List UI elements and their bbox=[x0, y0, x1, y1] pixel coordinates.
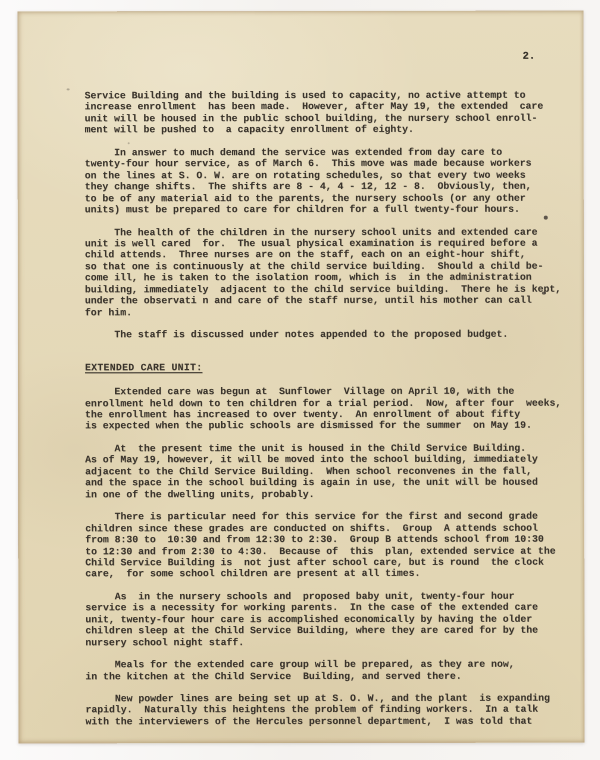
ink-speck bbox=[542, 292, 546, 295]
ink-speck bbox=[128, 142, 130, 144]
scanned-document-page: 2. Service Building and the building is … bbox=[17, 11, 584, 744]
paragraph-powder-lines: New powder lines are being set up at S. … bbox=[85, 693, 570, 728]
paragraph-meals: Meals for the extended care group will b… bbox=[85, 659, 570, 683]
paragraph-staff-budget-note: The staff is discussed under notes appen… bbox=[85, 329, 570, 341]
paragraph-school-shift-schedule: There is particular need for this servic… bbox=[85, 511, 570, 580]
paragraph-twenty-four-hour-service: In answer to much demand the service was… bbox=[85, 146, 570, 215]
paragraph-health-of-children: The health of the children in the nurser… bbox=[85, 226, 570, 318]
ink-speck bbox=[544, 216, 548, 220]
ink-speck bbox=[67, 88, 70, 90]
paragraph-capacity-continuation: Service Building and the building is use… bbox=[85, 90, 570, 136]
section-heading-extended-care-unit: EXTENDED CARE UNIT: bbox=[85, 361, 570, 373]
page-number: 2. bbox=[523, 51, 536, 63]
paragraph-present-housing: At the present time the unit is housed i… bbox=[85, 442, 570, 500]
document-body: Service Building and the building is use… bbox=[85, 90, 571, 739]
paragraph-overnight-care: As in the nursery schools and proposed b… bbox=[85, 590, 570, 648]
paragraph-extended-care-begun: Extended care was begun at Sunflower Vil… bbox=[85, 386, 570, 432]
